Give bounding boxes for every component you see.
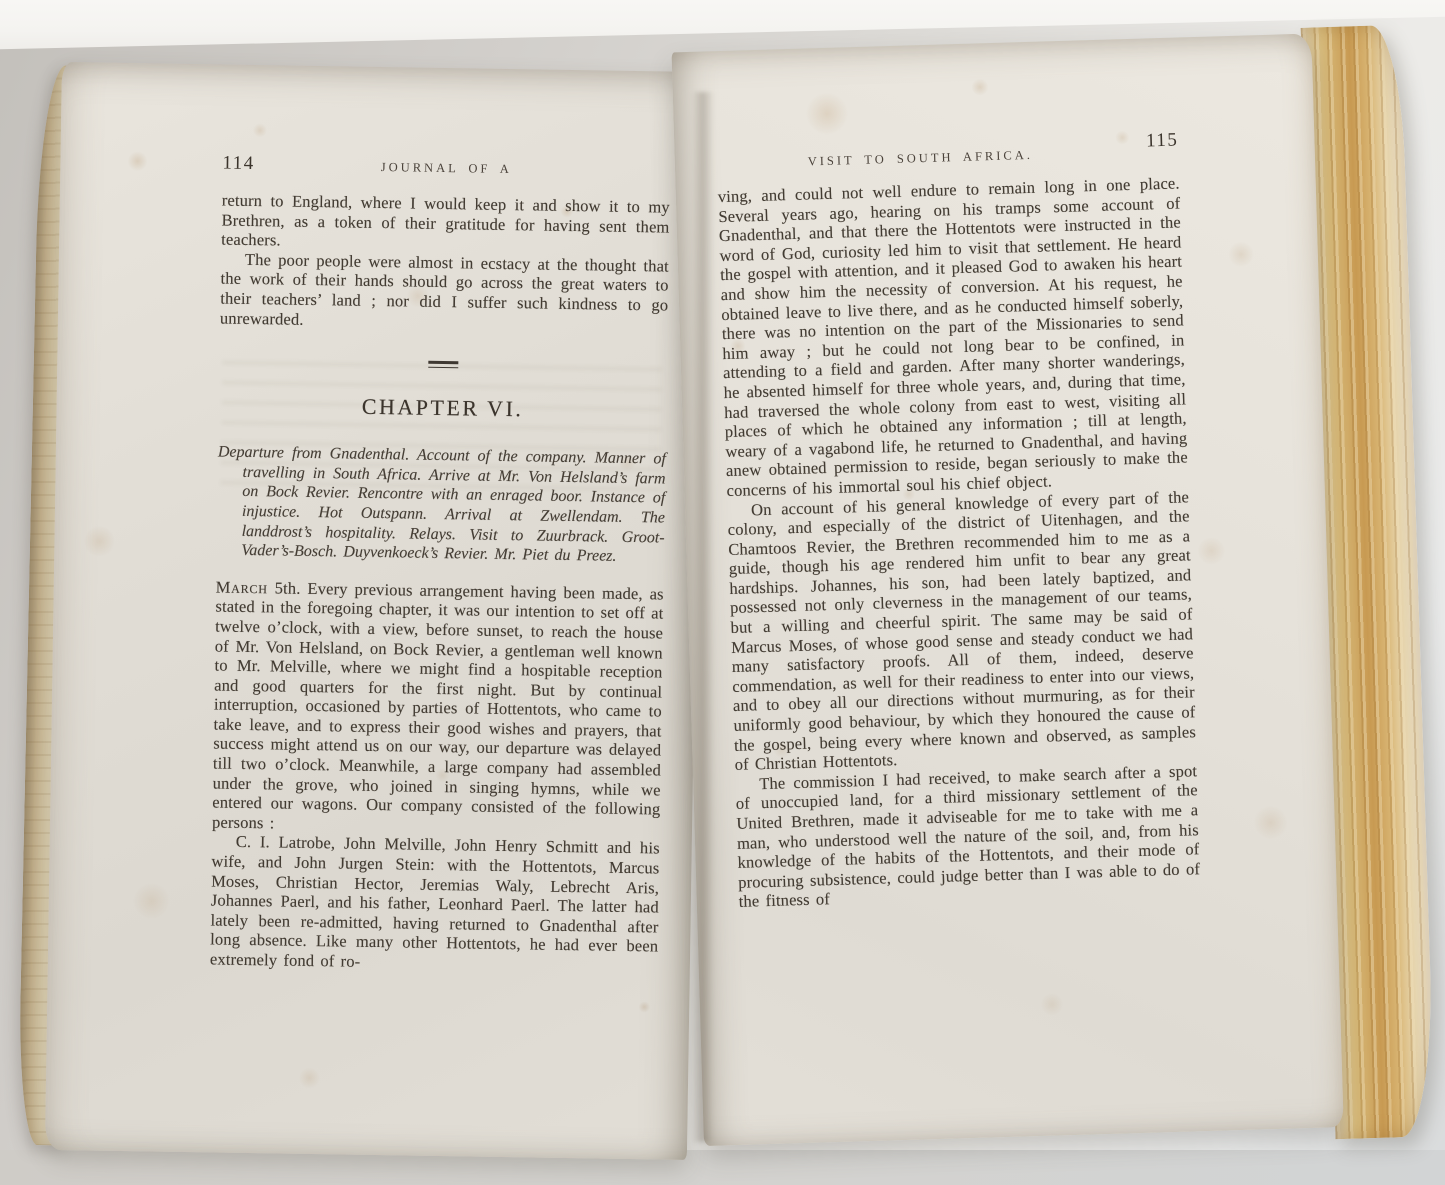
left-page: 114 JOURNAL OF A return to England, wher… (45, 62, 704, 1160)
section-divider-rule (428, 361, 458, 368)
paragraph: The commission I had received, to make s… (735, 761, 1201, 912)
running-header: VISIT TO SOUTH AFRICA. (717, 145, 1124, 172)
paragraph: On account of his general knowledge of e… (727, 487, 1197, 775)
paragraph: return to England, where I would keep it… (221, 191, 670, 257)
left-page-header: 114 JOURNAL OF A (222, 153, 670, 182)
book-gutter-shadow (692, 92, 714, 1142)
date-lead: March (216, 577, 268, 597)
open-book-photo: 114 JOURNAL OF A return to England, wher… (0, 0, 1445, 1185)
paragraph: The poor people were almost in ecstacy a… (220, 249, 669, 334)
background-bottom-strip (0, 1150, 1445, 1185)
chapter-summary: Departure from Gnadenthal. Account of th… (216, 443, 666, 568)
right-page: VISIT TO SOUTH AFRICA. 115 ving, and cou… (672, 33, 1344, 1146)
chapter-heading: CHAPTER VI. (218, 392, 666, 425)
running-header: JOURNAL OF A (222, 158, 670, 180)
paragraph: March 5th. Every previous arrangement ha… (212, 577, 664, 839)
paragraph: ving, and could not well endure to remai… (718, 173, 1189, 500)
paragraph-text: 5th. Every previous arrangement having b… (212, 578, 664, 832)
paragraph: C. I. Latrobe, John Melville, John Henry… (210, 832, 660, 976)
right-page-text-block: VISIT TO SOUTH AFRICA. 115 ving, and cou… (716, 135, 1200, 911)
right-page-header: VISIT TO SOUTH AFRICA. 115 (716, 135, 1178, 171)
page-number: 115 (1146, 129, 1179, 152)
left-page-text-block: 114 JOURNAL OF A return to England, wher… (210, 153, 671, 977)
